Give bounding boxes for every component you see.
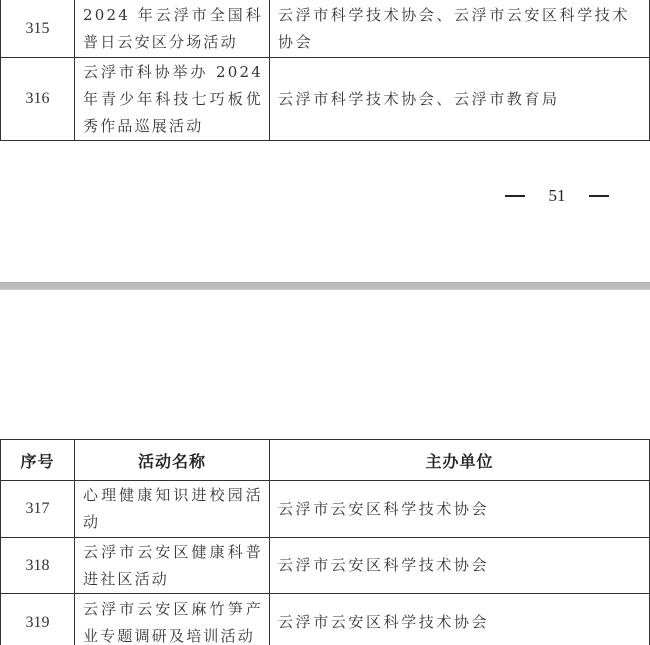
page-number-value: 51 xyxy=(549,186,566,206)
header-organizer: 主办单位 xyxy=(270,440,650,481)
row-number: 318 xyxy=(1,538,75,594)
row-number: 315 xyxy=(1,0,75,58)
activity-table: 序号 活动名称 主办单位 317 心理健康知识进校园活动 云浮市云安区科学技术协… xyxy=(0,439,650,645)
row-number: 316 xyxy=(1,58,75,141)
organizer: 云浮市科学技术协会、云浮市云安区科学技术协会 xyxy=(270,0,650,58)
activity-table-continued: 315 2024 年云浮市全国科普日云安区分场活动 云浮市科学技术协会、云浮市云… xyxy=(0,0,650,141)
table-row: 316 云浮市科协举办 2024 年青少年科技七巧板优秀作品巡展活动 云浮市科学… xyxy=(1,58,650,141)
activity-name: 云浮市云安区麻竹笋产业专题调研及培训活动 xyxy=(75,594,270,645)
activity-name: 心理健康知识进校园活动 xyxy=(75,481,270,538)
activity-name: 2024 年云浮市全国科普日云安区分场活动 xyxy=(75,0,270,58)
table-row: 319 云浮市云安区麻竹笋产业专题调研及培训活动 云浮市云安区科学技术协会 xyxy=(1,594,650,645)
header-number: 序号 xyxy=(1,440,75,481)
row-number: 319 xyxy=(1,594,75,645)
header-activity-name: 活动名称 xyxy=(75,440,270,481)
table-row: 317 心理健康知识进校园活动 云浮市云安区科学技术协会 xyxy=(1,481,650,538)
organizer: 云浮市云安区科学技术协会 xyxy=(270,594,650,645)
table-row: 318 云浮市云安区健康科普进社区活动 云浮市云安区科学技术协会 xyxy=(1,538,650,594)
document-page-52: 序号 活动名称 主办单位 317 心理健康知识进校园活动 云浮市云安区科学技术协… xyxy=(0,290,650,645)
page-number-dash-right xyxy=(589,195,609,197)
page-number-dash-left xyxy=(505,195,525,197)
organizer: 云浮市云安区科学技术协会 xyxy=(270,538,650,594)
activity-name: 云浮市云安区健康科普进社区活动 xyxy=(75,538,270,594)
organizer: 云浮市云安区科学技术协会 xyxy=(270,481,650,538)
table-header-row: 序号 活动名称 主办单位 xyxy=(1,440,650,481)
organizer: 云浮市科学技术协会、云浮市教育局 xyxy=(270,58,650,141)
page-break-separator xyxy=(0,282,650,290)
document-page-51: 315 2024 年云浮市全国科普日云安区分场活动 云浮市科学技术协会、云浮市云… xyxy=(0,0,650,282)
row-number: 317 xyxy=(1,481,75,538)
page-number: 51 xyxy=(505,186,609,206)
table-row: 315 2024 年云浮市全国科普日云安区分场活动 云浮市科学技术协会、云浮市云… xyxy=(1,0,650,58)
activity-name: 云浮市科协举办 2024 年青少年科技七巧板优秀作品巡展活动 xyxy=(75,58,270,141)
